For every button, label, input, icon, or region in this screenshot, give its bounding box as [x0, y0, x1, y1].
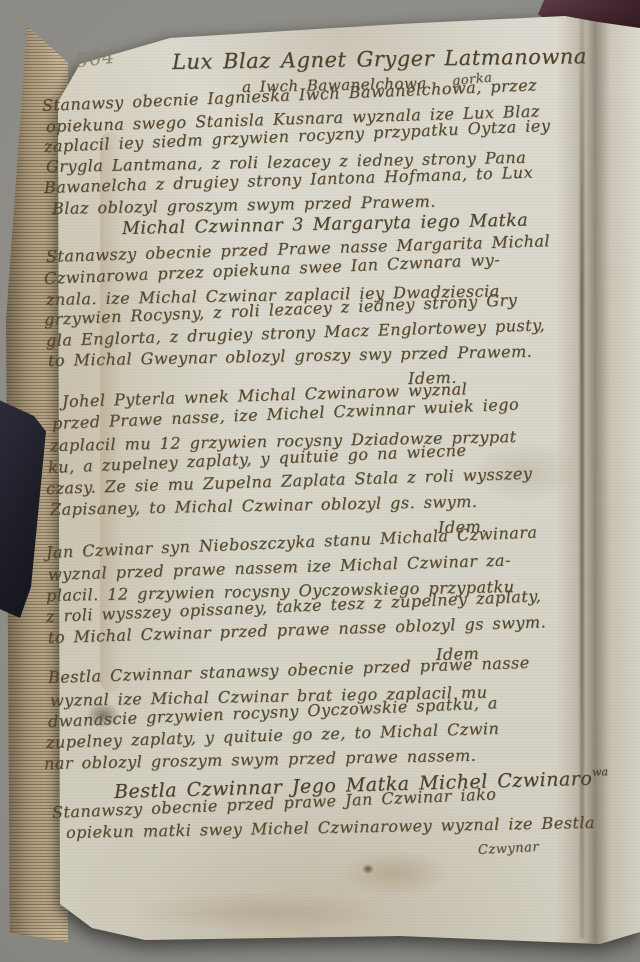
- manuscript-line: Zapisaney, to Michal Czwinar oblozyl gs.…: [50, 492, 478, 519]
- manuscript-line: Bestla Czwinnar stanawsy obecnie przed p…: [48, 653, 530, 687]
- page-number: 564: [75, 46, 117, 73]
- record-title: Lux Blaz Agnet Gryger Latmanowna: [172, 44, 587, 74]
- manuscript-text-layer: 564 Lux Blaz Agnet Gryger Latmanowna a I…: [0, 0, 640, 962]
- heading-superscript: wa: [592, 765, 608, 778]
- catchword: Czwynar: [478, 840, 540, 858]
